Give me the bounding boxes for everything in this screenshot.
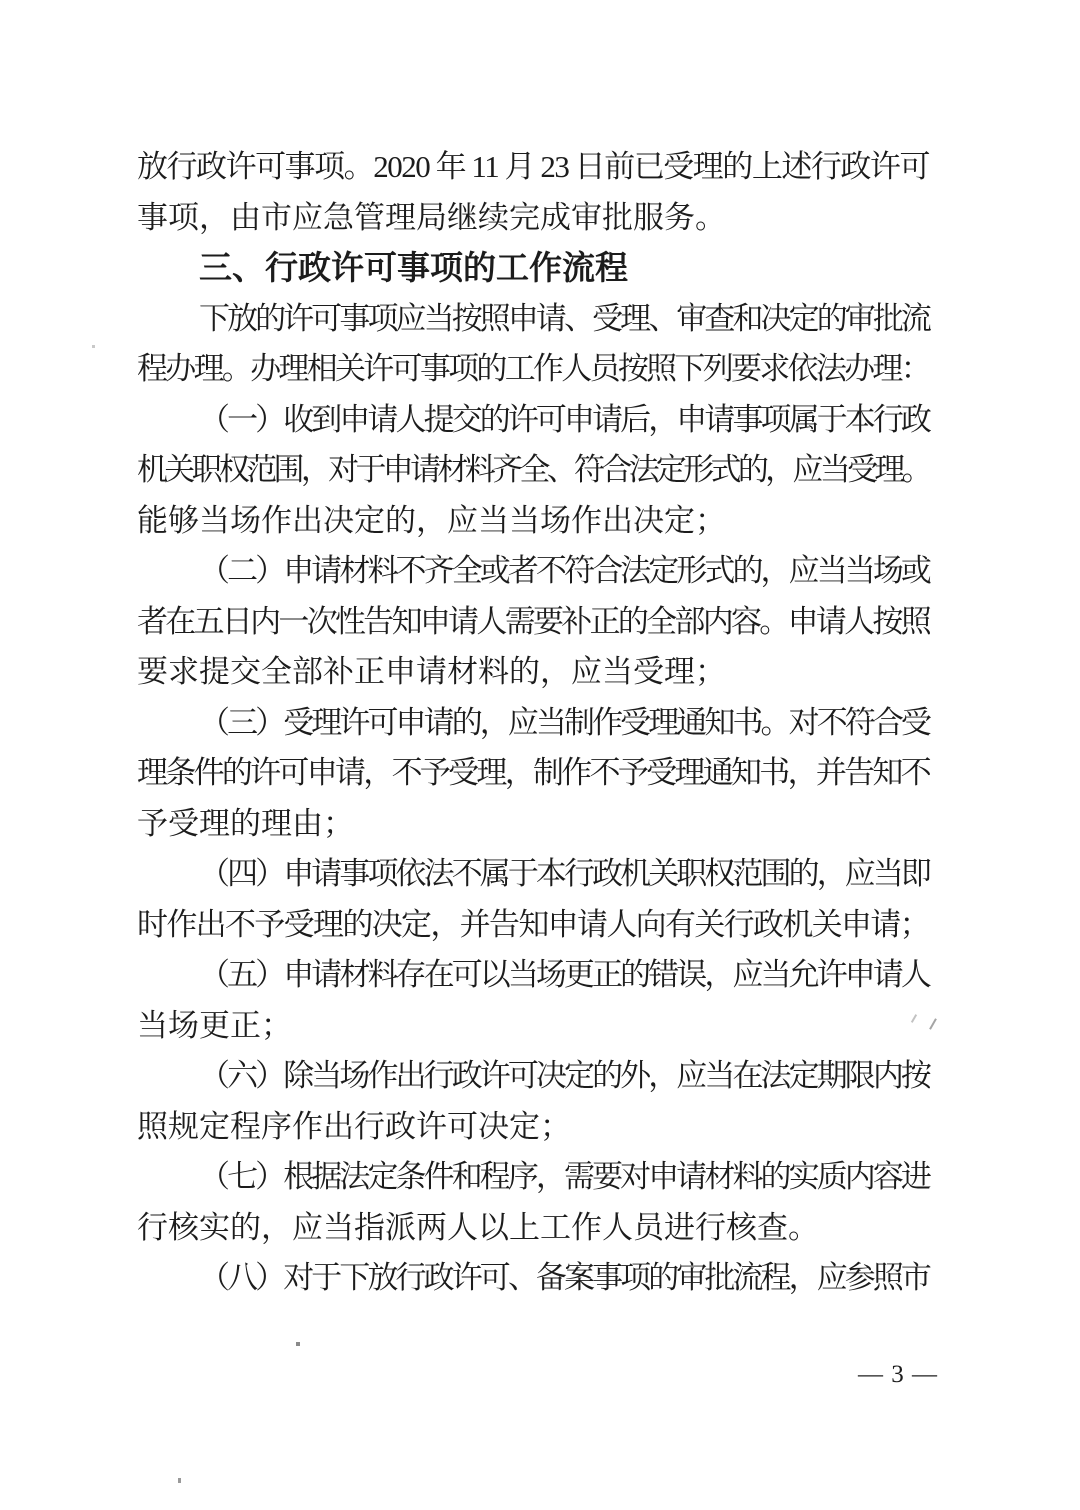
page-number: — 3 — [858,1358,938,1392]
text-line: （一）收到申请人提交的许可申请后，申请事项属于本行政 [137,395,929,446]
text-line: 机关职权范围，对于申请材料齐全、符合法定形式的，应当受理。 [137,445,929,496]
line-text: 能够当场作出决定的，应当当场作出决定； [137,496,726,547]
line-text: 机关职权范围，对于申请材料齐全、符合法定形式的，应当受理。 [137,445,929,496]
line-text: 时作出不予受理的决定，并告知申请人向有关行政机关申请； [137,900,929,951]
scan-speck [178,1478,181,1483]
text-line: （三）受理许可申请的，应当制作受理通知书。对不符合受 [137,698,929,749]
text-line: 事项，由市应急管理局继续完成审批服务。 [137,193,929,244]
line-text: 理条件的许可申请，不予受理，制作不予受理通知书，并告知不 [137,748,929,799]
line-text: 当场更正； [137,1001,292,1052]
text-line: 行核实的，应当指派两人以上工作人员进行核查。 [137,1203,929,1254]
line-text: （八）对于下放行政许可、备案事项的审批流程，应参照市 [199,1253,929,1304]
line-text: 照规定程序作出行政许可决定； [137,1102,571,1153]
line-text: 行核实的，应当指派两人以上工作人员进行核查。 [137,1203,819,1254]
line-text: （三）受理许可申请的，应当制作受理通知书。对不符合受 [199,698,929,749]
line-text: 放行政许可事项。2020 年 11 月 23 日前已受理的上述行政许可 [137,142,929,193]
scan-speck [296,1342,300,1346]
line-text: 事项，由市应急管理局继续完成审批服务。 [137,193,726,244]
line-text: （一）收到申请人提交的许可申请后，申请事项属于本行政 [199,395,929,446]
text-line: （六）除当场作出行政许可决定的外，应当在法定期限内按 [137,1051,929,1102]
text-line: 能够当场作出决定的，应当当场作出决定； [137,496,929,547]
section-heading: 三、行政许可事项的工作流程 [137,243,929,294]
text-line: （五）申请材料存在可以当场更正的错误，应当允许申请人 [137,950,929,1001]
line-text: 要求提交全部补正申请材料的，应当受理； [137,647,726,698]
line-text: （六）除当场作出行政许可决定的外，应当在法定期限内按 [199,1051,929,1102]
line-text: （四）申请事项依法不属于本行政机关职权范围的，应当即 [199,849,929,900]
line-text: 者在五日内一次性告知申请人需要补正的全部内容。申请人按照 [137,597,929,648]
line-text: （二）申请材料不齐全或者不符合法定形式的，应当当场或 [199,546,929,597]
text-line: 照规定程序作出行政许可决定； [137,1102,929,1153]
line-text: （五）申请材料存在可以当场更正的错误，应当允许申请人 [199,950,929,1001]
line-text: 三、行政许可事项的工作流程 [199,243,628,294]
line-text: 程办理。办理相关许可事项的工作人员按照下列要求依法办理： [137,344,929,395]
line-text: 予受理的理由； [137,799,354,850]
text-line: 程办理。办理相关许可事项的工作人员按照下列要求依法办理： [137,344,929,395]
document-page: 放行政许可事项。2020 年 11 月 23 日前已受理的上述行政许可 事项，由… [0,0,1080,1510]
text-line: （二）申请材料不齐全或者不符合法定形式的，应当当场或 [137,546,929,597]
text-line: （四）申请事项依法不属于本行政机关职权范围的，应当即 [137,849,929,900]
text-line: 予受理的理由； [137,799,929,850]
text-line: （八）对于下放行政许可、备案事项的审批流程，应参照市 [137,1253,929,1304]
text-line: 下放的许可事项应当按照申请、受理、审查和决定的审批流 [137,294,929,345]
text-line: 放行政许可事项。2020 年 11 月 23 日前已受理的上述行政许可 [137,142,929,193]
line-text: （七）根据法定条件和程序，需要对申请材料的实质内容进 [199,1152,929,1203]
text-line: （七）根据法定条件和程序，需要对申请材料的实质内容进 [137,1152,929,1203]
scan-mark [929,1018,937,1029]
line-text: 下放的许可事项应当按照申请、受理、审查和决定的审批流 [199,294,929,345]
text-line: 当场更正； [137,1001,929,1052]
text-line: 理条件的许可申请，不予受理，制作不予受理通知书，并告知不 [137,748,929,799]
scan-speck [92,345,95,348]
text-line: 要求提交全部补正申请材料的，应当受理； [137,647,929,698]
document-body: 放行政许可事项。2020 年 11 月 23 日前已受理的上述行政许可 事项，由… [137,142,929,1304]
text-line: 者在五日内一次性告知申请人需要补正的全部内容。申请人按照 [137,597,929,648]
text-line: 时作出不予受理的决定，并告知申请人向有关行政机关申请； [137,900,929,951]
